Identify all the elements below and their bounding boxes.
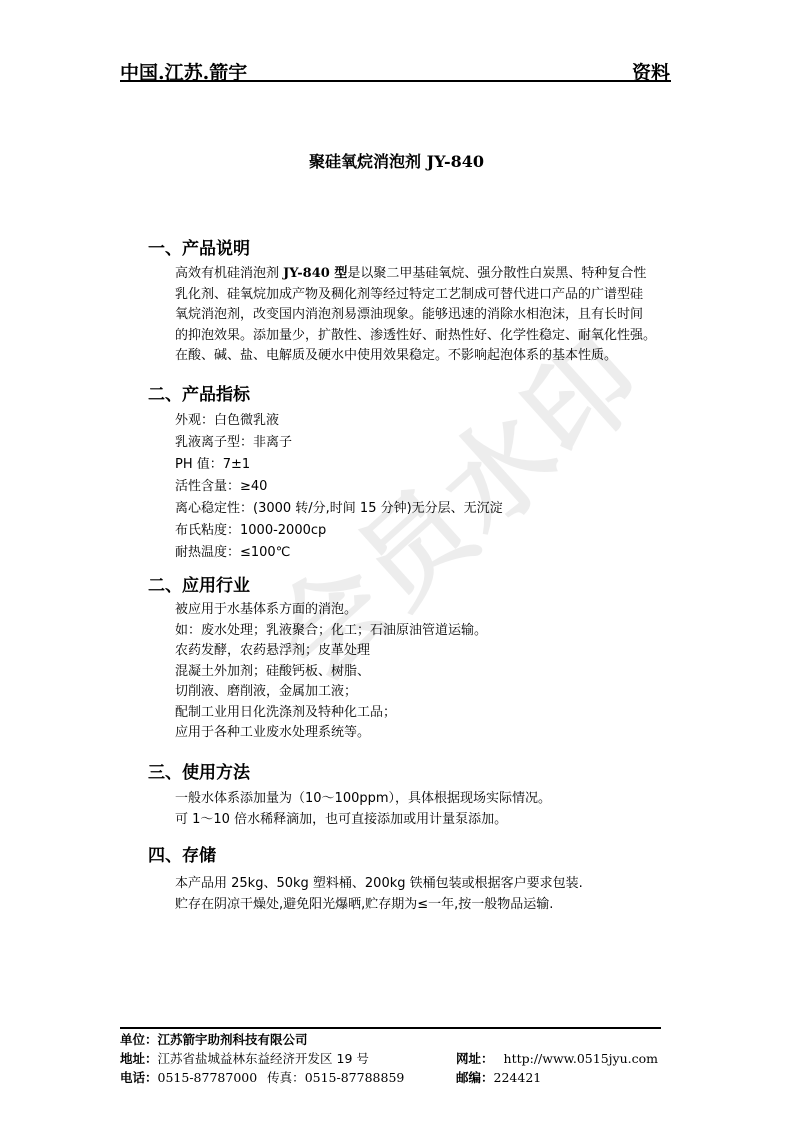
- phone-label: 电话：: [120, 1070, 158, 1085]
- spec-heat-resistance: 耐热温度：≤100℃: [175, 542, 503, 564]
- address-value: 江苏省盐城益林东益经济开发区 19 号: [158, 1051, 369, 1066]
- application-line: 配制工业用日化洗涤剂及特种化工品；: [175, 703, 487, 724]
- application-line: 切削液、磨削液，金属加工液；: [175, 682, 487, 703]
- section-heading-specs: 二、产品指标: [148, 380, 250, 405]
- spec-viscosity: 布氏粘度：1000-2000cp: [175, 520, 503, 542]
- usage-line: 可 1～10 倍水稀释滴加，也可直接添加或用计量泵添加。: [175, 810, 551, 831]
- application-line: 混凝土外加剂；硅酸钙板、树脂、: [175, 662, 487, 683]
- postcode-value: 224421: [494, 1070, 542, 1085]
- application-line: 被应用于水基体系方面的消泡。: [175, 600, 487, 621]
- company-name: 江苏箭宇助剂科技有限公司: [158, 1032, 308, 1047]
- section-heading-usage: 三、使用方法: [148, 758, 250, 783]
- website-link[interactable]: http://www.0515jyu.com: [504, 1051, 658, 1066]
- description-line: 在酸、碱、盐、电解质及硬水中使用效果稳定。不影响起泡体系的基本性质。: [175, 346, 656, 367]
- website-label: 网址：: [456, 1051, 494, 1066]
- section-heading-description: 一、产品说明: [148, 234, 250, 259]
- storage-line: 本产品用 25kg、50kg 塑料桶、200kg 铁桶包装或根据客户要求包装.: [175, 874, 583, 895]
- postcode-label: 邮编：: [456, 1070, 494, 1085]
- footer-website: 网址：http://www.0515jyu.com: [456, 1049, 658, 1067]
- specs-body: 外观：白色微乳液 乳液离子型：非离子 PH 值：7±1 活性含量：≥40 离心稳…: [175, 410, 503, 564]
- applications-body: 被应用于水基体系方面的消泡。 如：废水处理；乳液聚合；化工；石油原油管道运输。 …: [175, 600, 487, 744]
- footer-company: 单位：江苏箭宇助剂科技有限公司: [120, 1030, 308, 1048]
- spec-ionic-type: 乳液离子型：非离子: [175, 432, 503, 454]
- fax-label: 传真：: [267, 1070, 305, 1085]
- description-line: 乳化剂、硅氧烷加成产物及稠化剂等经过特定工艺制成可替代进口产品的广谱型硅: [175, 285, 656, 306]
- footer-address: 地址：江苏省盐城益林东益经济开发区 19 号: [120, 1049, 369, 1067]
- footer-postcode: 邮编：224421: [456, 1068, 541, 1086]
- phone-value: 0515-87787000: [158, 1070, 258, 1085]
- storage-line: 贮存在阴凉干燥处,避免阳光爆晒,贮存期为≤一年,按一般物品运输.: [175, 895, 583, 916]
- product-model: JY-840 型: [283, 266, 347, 281]
- footer-phone: 电话：0515-87787000 传真：0515-87788859: [120, 1068, 404, 1086]
- usage-body: 一般水体系添加量为（10～100ppm），具体根据现场实际情况。 可 1～10 …: [175, 789, 551, 830]
- spec-centrifugal-stability: 离心稳定性：(3000 转/分,时间 15 分钟)无分层、无沉淀: [175, 498, 503, 520]
- description-line: 的抑泡效果。添加量少，扩散性、渗透性好、耐热性好、化学性稳定、耐氧化性强。: [175, 326, 656, 347]
- usage-line: 一般水体系添加量为（10～100ppm），具体根据现场实际情况。: [175, 789, 551, 810]
- section-heading-storage: 四、存储: [148, 841, 216, 866]
- fax-value: 0515-87788859: [305, 1070, 405, 1085]
- description-line: 氧烷消泡剂，改变国内消泡剂易漂油现象。能够迅速的消除水相泡沫，且有长时间: [175, 305, 656, 326]
- spec-active-content: 活性含量：≥40: [175, 476, 503, 498]
- company-label: 单位：: [120, 1032, 158, 1047]
- address-label: 地址：: [120, 1051, 158, 1066]
- document-title: 聚硅氧烷消泡剂 JY-840: [0, 149, 793, 172]
- section-heading-applications: 二、应用行业: [148, 571, 250, 596]
- application-line: 应用于各种工业废水处理系统等。: [175, 723, 487, 744]
- description-line: 高效有机硅消泡剂 JY-840 型是以聚二甲基硅氧烷、强分散性白炭黑、特种复合性: [175, 264, 656, 285]
- footer-divider: [120, 1027, 661, 1029]
- spec-appearance: 外观：白色微乳液: [175, 410, 503, 432]
- header-divider: [120, 80, 671, 82]
- application-line: 如：废水处理；乳液聚合；化工；石油原油管道运输。: [175, 621, 487, 642]
- spec-ph: PH 值：7±1: [175, 454, 503, 476]
- storage-body: 本产品用 25kg、50kg 塑料桶、200kg 铁桶包装或根据客户要求包装. …: [175, 874, 583, 915]
- description-body: 高效有机硅消泡剂 JY-840 型是以聚二甲基硅氧烷、强分散性白炭黑、特种复合性…: [175, 264, 656, 367]
- application-line: 农药发酵，农药悬浮剂；皮革处理: [175, 641, 487, 662]
